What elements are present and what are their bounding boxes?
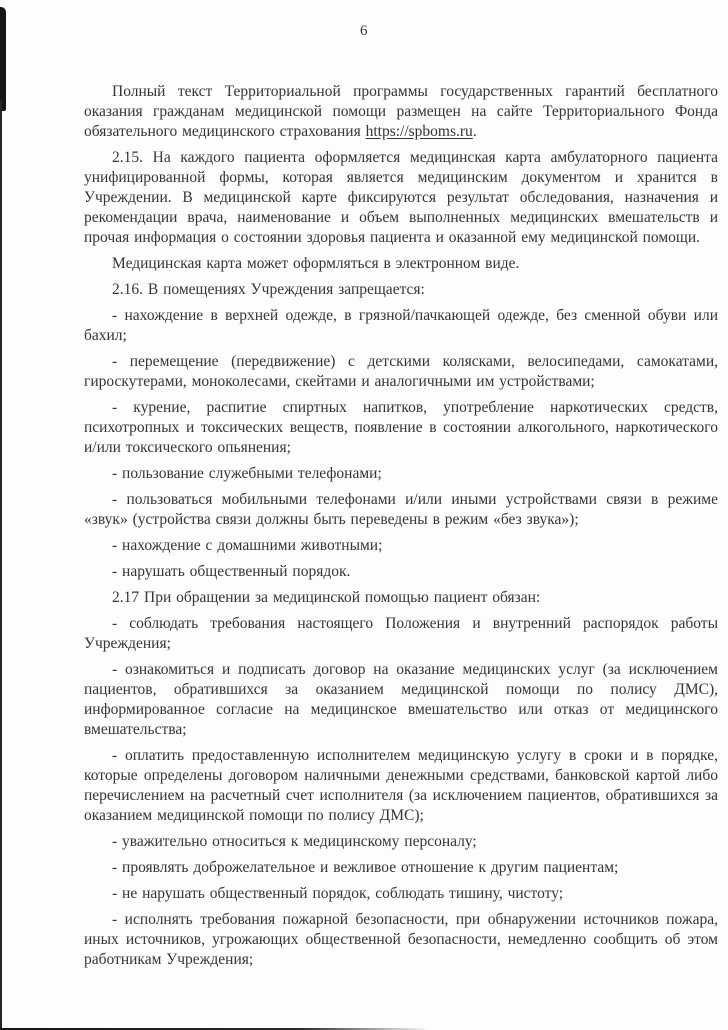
page-number: 6 bbox=[0, 23, 728, 40]
list-item-respect-staff: - уважительно относиться к медицинскому … bbox=[84, 832, 718, 852]
document-body: Полный текст Территориальной программы г… bbox=[84, 82, 718, 976]
paragraph-medical-card-note: Медицинская карта может оформляться в эл… bbox=[84, 254, 718, 274]
paragraph-intro: Полный текст Территориальной программы г… bbox=[84, 82, 718, 142]
list-item-mobile-phones: - пользоваться мобильными телефонами и/и… bbox=[84, 490, 718, 530]
list-item-public-order: - нарушать общественный порядок. bbox=[84, 562, 718, 582]
list-item-payment: - оплатить предоставленную исполнителем … bbox=[84, 746, 718, 826]
list-item-fire-safety: - исполнять требования пожарной безопасн… bbox=[84, 910, 718, 970]
list-item-sign-contract: - ознакомиться и подписать договор на ок… bbox=[84, 660, 718, 740]
list-item-polite-to-patients: - проявлять доброжелательное и вежливое … bbox=[84, 858, 718, 878]
heading-2-16: 2.16. В помещениях Учреждения запрещаетс… bbox=[84, 280, 718, 300]
spboms-url-text: https://spboms.ru bbox=[366, 123, 473, 140]
list-item-strollers: - перемещение (передвижение) с детскими … bbox=[84, 352, 718, 392]
scanned-document-page: 6 Полный текст Территориальной программы… bbox=[0, 0, 728, 1030]
paragraph-2-15: 2.15. На каждого пациента оформляется ме… bbox=[84, 148, 718, 248]
list-item-pets: - нахождение с домашними животными; bbox=[84, 536, 718, 556]
list-item-follow-rules: - соблюдать требования настоящего Положе… bbox=[84, 614, 718, 654]
list-item-keep-quiet: - не нарушать общественный порядок, собл… bbox=[84, 884, 718, 904]
scan-edge-artifact-left-thin bbox=[0, 100, 2, 1030]
list-item-office-phones: - пользование служебными телефонами; bbox=[84, 464, 718, 484]
heading-2-17: 2.17 При обращении за медицинской помощь… bbox=[84, 588, 718, 608]
intro-period: . bbox=[473, 123, 477, 140]
list-item-smoking-alcohol: - курение, распитие спиртных напитков, у… bbox=[84, 398, 718, 458]
list-item-outerwear: - нахождение в верхней одежде, в грязной… bbox=[84, 306, 718, 346]
